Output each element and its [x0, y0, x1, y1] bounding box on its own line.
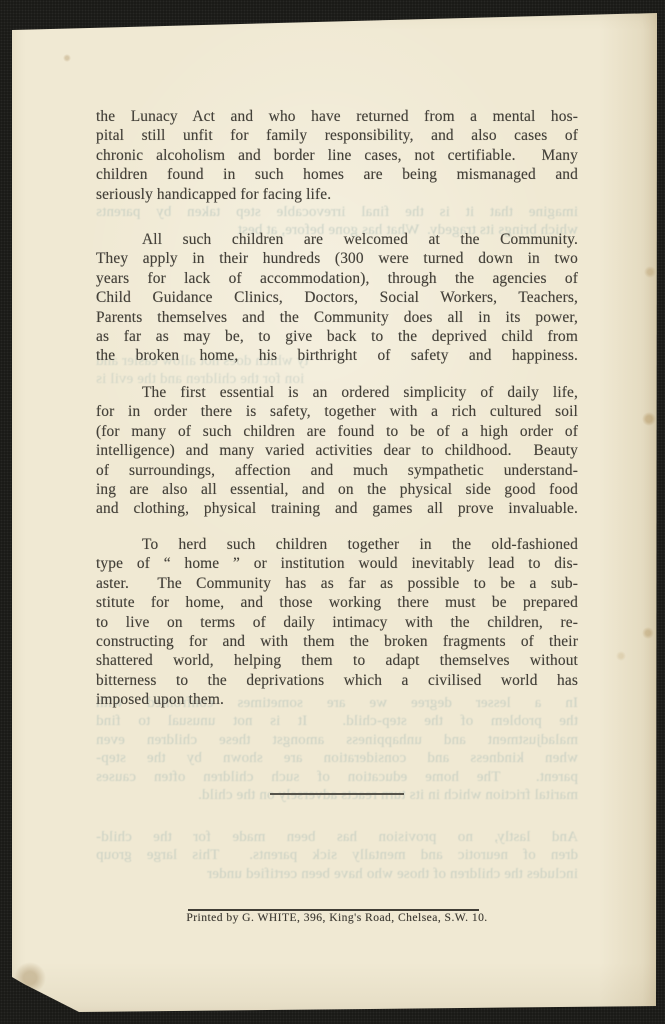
text-line: as far as may be, to give back to the de…	[96, 327, 578, 346]
text-line: Parents themselves and the Community doe…	[96, 308, 578, 327]
text-line: constructing for and with them the broke…	[96, 632, 578, 651]
text-line: All such children are welcomed at the Co…	[96, 230, 578, 249]
text-line: To herd such children together in the ol…	[96, 535, 578, 554]
text-line: to live on terms of daily intimacy with …	[96, 613, 578, 632]
text-line: for in order there is safety, together w…	[96, 402, 578, 421]
text-line: the broken home, his birthright of safet…	[96, 346, 578, 365]
text-line: ing are also all essential, and on the p…	[96, 480, 578, 499]
text-line: (for many of such children are found to …	[96, 422, 578, 441]
text-line: intelligence) and many varied activities…	[96, 441, 578, 460]
text-line: type of “ home ” or institution would in…	[96, 554, 578, 573]
body-text: the Lunacy Act and who have returned fro…	[96, 0, 578, 1024]
text-line: aster. The Community has as far as possi…	[96, 574, 578, 593]
text-line: chronic alcoholism and border line cases…	[96, 146, 578, 165]
text-line: years for lack of accommodation), throug…	[96, 269, 578, 288]
text-line: They apply in their hundreds (300 were t…	[96, 249, 578, 268]
text-line: pital still unfit for family responsibil…	[96, 126, 578, 145]
paragraph: To herd such children together in the ol…	[96, 535, 578, 710]
section-divider-rule	[270, 793, 404, 795]
paragraph: The first essential is an ordered simpli…	[96, 383, 578, 519]
text-line: seriously handicapped for facing life.	[96, 185, 578, 204]
text-line: The first essential is an ordered simpli…	[96, 383, 578, 402]
text-line: stitute for home, and those working ther…	[96, 593, 578, 612]
text-line: Child Guidance Clinics, Doctors, Social …	[96, 288, 578, 307]
text-line: shattered world, helping them to adapt t…	[96, 651, 578, 670]
text-line: and clothing, physical training and game…	[96, 499, 578, 518]
text-line: of surroundings, affection and much symp…	[96, 461, 578, 480]
paragraph: the Lunacy Act and who have returned fro…	[96, 107, 578, 204]
text-line: bitterness to the deprivations which a c…	[96, 671, 578, 690]
text-line: imposed upon them.	[96, 690, 578, 709]
text-line: the Lunacy Act and who have returned fro…	[96, 107, 578, 126]
text-line: children found in such homes are being m…	[96, 165, 578, 184]
imprint-text: Printed by G. WHITE, 396, King's Road, C…	[96, 911, 578, 924]
paragraph: All such children are welcomed at the Co…	[96, 230, 578, 366]
scanned-document-page: imagine that it is the final irrevocable…	[0, 0, 665, 1024]
